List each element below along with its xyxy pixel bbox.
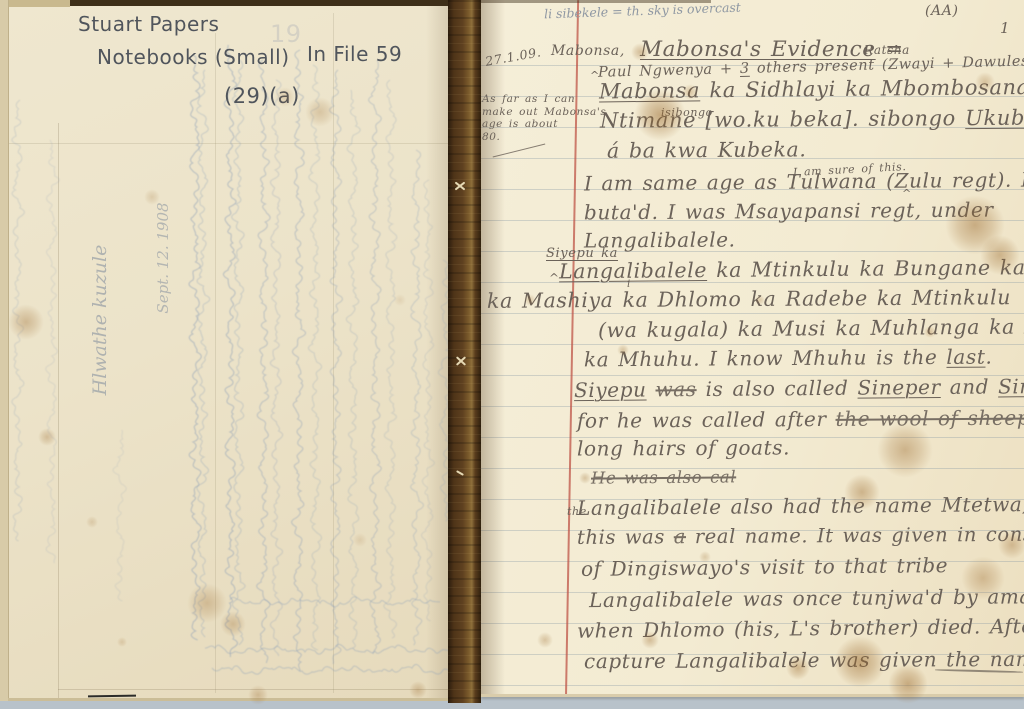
manuscript-line: Langalibalele. xyxy=(584,228,736,251)
margin-age-dash xyxy=(493,143,546,157)
cover-top-edge xyxy=(70,0,448,6)
manuscript-line: for he was called after the wool of shee… xyxy=(577,406,1024,431)
manuscript-line: buta'd. I was Msayapansi regt, under xyxy=(584,199,994,224)
handwriting-layer: li sibekele = th. sky is overcast (AA) 1… xyxy=(0,0,1024,709)
manuscript-line: this was a real name. It was given in co… xyxy=(577,523,1024,548)
manuscript-line: ka Mashiya ka Dhlomo ka Radebe ka Mtinku… xyxy=(487,286,1011,312)
page-edge xyxy=(481,694,1024,697)
page-edge xyxy=(0,0,9,701)
speaker-note: Mabonsa, xyxy=(551,44,625,59)
manuscript-line: Mabonsa ka Sidhlayi ka Mbombosana ka xyxy=(599,76,1024,104)
notebook-scan: { "colors": { "background": "#b8c2ca", "… xyxy=(0,0,1024,709)
page-edge xyxy=(0,0,70,7)
manuscript-line: Langalibalele also had the name Mtetwa; xyxy=(577,493,1024,519)
manuscript-line: á ba kwa Kubeka. xyxy=(607,138,807,162)
manuscript-line: ka Mhuhu. I know Mhuhu is the last. xyxy=(584,346,993,371)
manuscript-line: Langalibalele ka Mtinkulu ka Bungane ka … xyxy=(559,256,1024,283)
pencil-gloss-note: li sibekele = th. sky is overcast xyxy=(544,0,741,21)
manuscript-line: Ntimane [wo.ku beka]. sibongo Ukubeka , xyxy=(600,106,1024,132)
title-annotation: Ratsha xyxy=(864,44,910,57)
manuscript-line: of Dingiswayo's visit to that tribe xyxy=(581,554,948,580)
manuscript-line: long hairs of goats. xyxy=(577,436,790,459)
page-number: 1 xyxy=(1000,20,1010,37)
manuscript-line: Langalibalele was once tunjwa'd by amazi… xyxy=(589,585,1024,611)
page-edge xyxy=(8,698,448,701)
page-edge xyxy=(481,0,711,3)
manuscript-line: I am same age as Tulwana (Zulu regt). I … xyxy=(584,168,1024,195)
manuscript-line: He was also cal xyxy=(591,468,736,487)
margin-age-note: As far as I can make out Mabonsa's age i… xyxy=(482,93,606,143)
manuscript-line: when Dhlomo (his, L's brother) died. Aft… xyxy=(577,614,1024,641)
manuscript-line: Siyepu was is also called Sineper and Si… xyxy=(574,375,1024,401)
margin-date: 27.1.09. xyxy=(484,45,542,68)
manuscript-line: (wa kugala) ka Musi ka Muhlanga ka Ndhlo… xyxy=(598,315,1024,342)
corner-label: (AA) xyxy=(925,4,959,19)
